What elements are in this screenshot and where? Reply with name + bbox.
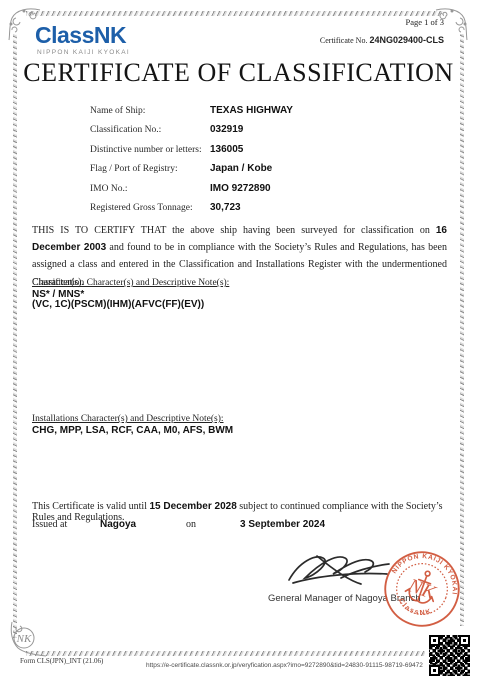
border-left	[13, 34, 17, 638]
page-title: CERTIFICATE OF CLASSIFICATION	[0, 58, 477, 88]
issue-place: Nagoya	[100, 519, 136, 530]
classification-notes: (VC, 1C)(PSCM)(IHM)(AFVC(FF)(EV))	[32, 299, 204, 310]
detail-label: Distinctive number or letters:	[90, 144, 210, 156]
issued-at-label: Issued at	[32, 519, 67, 530]
installations-heading: Installations Character(s) and Descripti…	[32, 414, 224, 424]
qr-code	[427, 633, 472, 678]
certificate-number-label: Certificate No.	[320, 36, 370, 45]
detail-value: Japan / Kobe	[210, 163, 272, 175]
installations-characters: CHG, MPP, LSA, RCF, CAA, M0, AFS, BWM	[32, 425, 233, 436]
detail-value: TEXAS HIGHWAY	[210, 105, 293, 117]
table-row: Classification No.: 032919	[90, 124, 450, 143]
certify-text-before: THIS IS TO CERTIFY THAT the above ship h…	[32, 225, 436, 236]
detail-value: IMO 9272890	[210, 183, 271, 195]
certificate-page: ClassNK NIPPON KAIJI KYOKAI Page 1 of 3 …	[0, 0, 477, 679]
valid-until-date: 15 December 2028	[149, 501, 236, 512]
table-row: Flag / Port of Registry: Japan / Kobe	[90, 163, 450, 182]
validity-text-before: This Certificate is valid until	[32, 501, 149, 512]
table-row: Registered Gross Tonnage: 30,723	[90, 202, 450, 221]
border-bottom	[26, 651, 425, 656]
issue-line: Issued at Nagoya on 3 September 2024	[32, 519, 450, 530]
table-row: Distinctive number or letters: 136005	[90, 144, 450, 163]
classnk-logo: ClassNK	[35, 22, 126, 49]
detail-label: IMO No.:	[90, 183, 210, 195]
border-right	[460, 34, 464, 626]
detail-label: Registered Gross Tonnage:	[90, 202, 210, 214]
issue-on-label: on	[186, 519, 196, 530]
classnk-logo-subtext: NIPPON KAIJI KYOKAI	[37, 49, 130, 56]
border-top	[26, 11, 444, 16]
form-number: Form CLS(JPN)_INT (21.06)	[20, 657, 103, 665]
detail-label: Name of Ship:	[90, 105, 210, 117]
detail-value: 136005	[210, 144, 243, 156]
ship-details-table: Name of Ship: TEXAS HIGHWAY Classificati…	[90, 105, 450, 221]
certificate-number-line: Certificate No. 24NG029400-CLS	[320, 35, 444, 45]
issue-date: 3 September 2024	[240, 519, 325, 530]
detail-label: Classification No.:	[90, 124, 210, 136]
classnk-stamp-icon: NIPPON KAIJI KYOKAI ClassNK N K	[383, 550, 461, 628]
table-row: Name of Ship: TEXAS HIGHWAY	[90, 105, 450, 124]
verification-url: https://e-certificate.classnk.or.jp/very…	[146, 662, 423, 669]
certificate-number-value: 24NG029400-CLS	[369, 35, 444, 45]
nk-corner-monogram-icon: NK	[8, 620, 48, 660]
qr-finder-icon	[429, 635, 440, 646]
qr-finder-icon	[459, 635, 470, 646]
detail-label: Flag / Port of Registry:	[90, 163, 210, 175]
signature-icon	[283, 550, 395, 594]
table-row: IMO No.: IMO 9272890	[90, 183, 450, 202]
detail-value: 032919	[210, 124, 243, 136]
qr-finder-icon	[429, 665, 440, 676]
detail-value: 30,723	[210, 202, 241, 214]
nk-monogram-text: NK	[16, 633, 32, 645]
classification-heading: Classification Character(s) and Descript…	[32, 278, 229, 288]
page-indicator: Page 1 of 3	[406, 17, 444, 27]
